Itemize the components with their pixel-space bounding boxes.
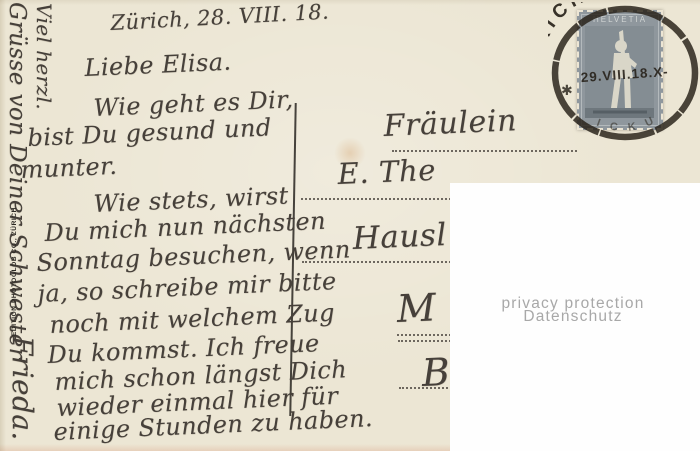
address-dotted-line-2 (301, 198, 455, 200)
message-line: bist Du gesund und (27, 115, 272, 150)
salutation: Liebe Elisa. (84, 50, 232, 80)
margin-note-start: Viel herzl. (34, 3, 54, 110)
publisher-imprint: EDITION PHOTOGLOB CO., ZÜRICH (12, 207, 19, 336)
address-name: E. The (337, 156, 437, 189)
address-dotted-line-1 (392, 150, 577, 152)
address-dotted-line-4a (397, 334, 455, 336)
signature: Frieda. (8, 336, 36, 441)
postmark: ZÜRICH 29.VIII.18.X- ✱ I C K U (548, 2, 700, 148)
privacy-overlay-line2: Datenschutz (450, 310, 696, 323)
message-line: munter. (20, 154, 118, 182)
address-city-initial: M (396, 288, 437, 328)
address-street: Hausl (352, 220, 448, 255)
postmark-date-text: 29.VIII.18.X- (580, 64, 669, 85)
address-region-initial: B (421, 353, 451, 392)
postcard-back: Zürich, 28. VIII. 18. Liebe Elisa. Wie g… (0, 0, 700, 451)
postmark-star-mark: ✱ (561, 83, 573, 99)
address-title: Fräulein (383, 106, 518, 142)
handwritten-date: Zürich, 28. VIII. 18. (110, 2, 330, 34)
address-dotted-line-4b (398, 340, 458, 342)
privacy-overlay: privacy protection Datenschutz (450, 183, 700, 451)
